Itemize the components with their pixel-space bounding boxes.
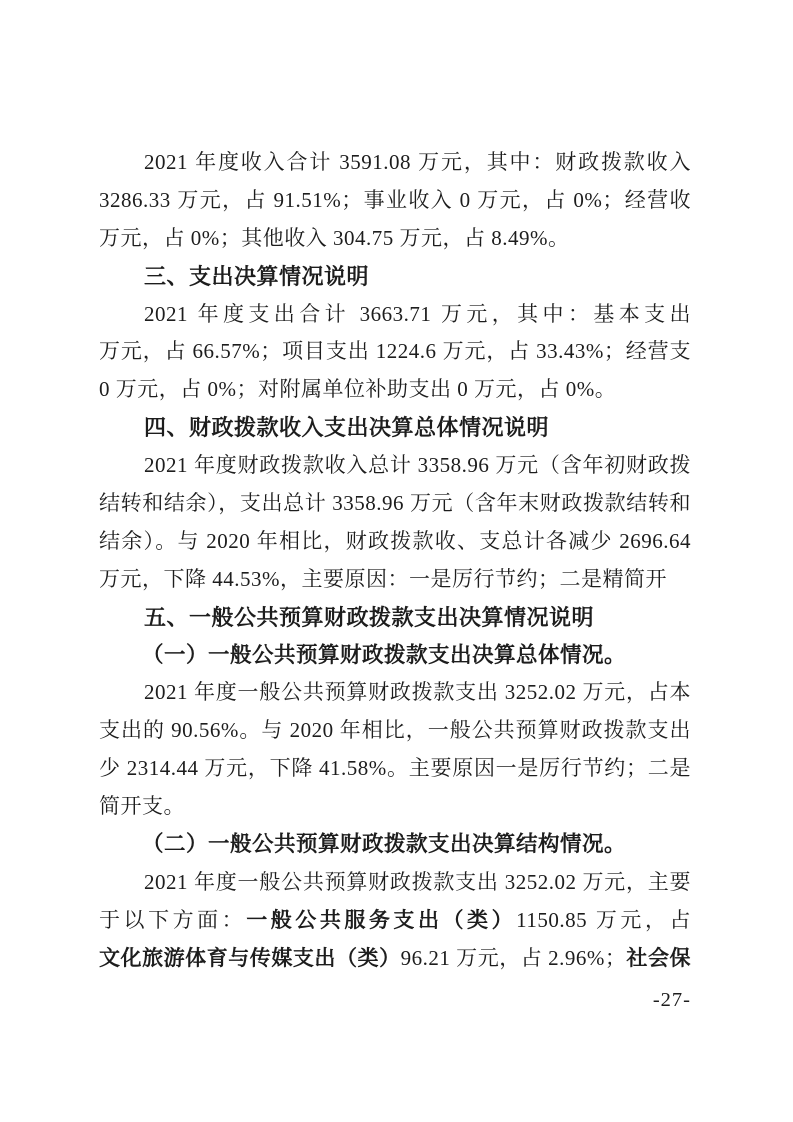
expense-line-2: 万元，占 66.57%；项目支出 1224.6 万元，占 33.43%；经营支出 [99,333,691,371]
section-heading-4: 四、财政拨款收入支出决算总体情况说明 [99,409,691,447]
structure-line-3-bold-continued: 社会保 [626,947,691,970]
structure-line-3-amount: 96.21 万元，占 2.96%； [401,946,627,970]
structure-line-2: 于以下方面：一般公共服务支出（类）1150.85 万元，占 35.39%； [99,902,691,940]
paragraph-appropriation-summary: 2021 年度财政拨款收入总计 3358.96 万元（含年初财政拨款 结转和结余… [99,447,691,599]
expense-line-1: 2021 年度支出合计 3663.71 万元，其中：基本支出 2439.11 [99,296,691,334]
income-line-2: 3286.33 万元，占 91.51%；事业收入 0 万元，占 0%；经营收入 … [99,182,691,220]
income-line-1: 2021 年度收入合计 3591.08 万元，其中：财政拨款收入 [99,144,691,182]
expense-line-3: 0 万元，占 0%；对附属单位补助支出 0 万元，占 0%。 [99,371,691,409]
appropriation-line-3: 结余）。与 2020 年相比，财政拨款收、支总计各减少 2696.64 [99,523,691,561]
structure-line-2-bold-category: 一般公共服务支出（类） [246,909,516,932]
document-page: 2021 年度收入合计 3591.08 万元，其中：财政拨款收入 3286.33… [0,0,793,1122]
paragraph-income-summary: 2021 年度收入合计 3591.08 万元，其中：财政拨款收入 3286.33… [99,144,691,258]
section-heading-3: 三、支出决算情况说明 [99,258,691,296]
paragraph-general-budget-total: 2021 年度一般公共预算财政拨款支出 3252.02 万元，占本年 支出的 9… [99,674,691,826]
general-budget-line-3: 少 2314.44 万元，下降 41.58%。主要原因一是厉行节约；二是精 [99,750,691,788]
income-line-3: 万元，占 0%；其他收入 304.75 万元，占 8.49%。 [99,220,691,258]
appropriation-line-4: 万元，下降 44.53%，主要原因：一是厉行节约；二是精简开支。 [99,561,691,599]
sub-heading-5-1: （一）一般公共预算财政拨款支出决算总体情况。 [99,637,691,675]
appropriation-line-1: 2021 年度财政拨款收入总计 3358.96 万元（含年初财政拨款 [99,447,691,485]
general-budget-line-2: 支出的 90.56%。与 2020 年相比，一般公共预算财政拨款支出减 [99,712,691,750]
general-budget-line-4: 简开支。 [99,788,691,826]
document-text-block: 2021 年度收入合计 3591.08 万元，其中：财政拨款收入 3286.33… [99,144,691,978]
general-budget-line-1: 2021 年度一般公共预算财政拨款支出 3252.02 万元，占本年 [99,674,691,712]
structure-line-2-regular: 于以下方面： [99,908,246,932]
appropriation-line-2: 结转和结余），支出总计 3358.96 万元（含年末财政拨款结转和 [99,485,691,523]
paragraph-expenditure-structure: 2021 年度一般公共预算财政拨款支出 3252.02 万元，主要用 于以下方面… [99,864,691,978]
page-number: -27- [99,986,691,1014]
structure-line-3: 文化旅游体育与传媒支出（类）96.21 万元，占 2.96%；社会保 [99,940,691,978]
structure-line-3-bold-category: 文化旅游体育与传媒支出（类） [99,947,401,970]
paragraph-expense-summary: 2021 年度支出合计 3663.71 万元，其中：基本支出 2439.11 万… [99,296,691,410]
sub-heading-5-2: （二）一般公共预算财政拨款支出决算结构情况。 [99,826,691,864]
section-heading-5: 五、一般公共预算财政拨款支出决算情况说明 [99,599,691,637]
structure-line-1: 2021 年度一般公共预算财政拨款支出 3252.02 万元，主要用 [99,864,691,902]
